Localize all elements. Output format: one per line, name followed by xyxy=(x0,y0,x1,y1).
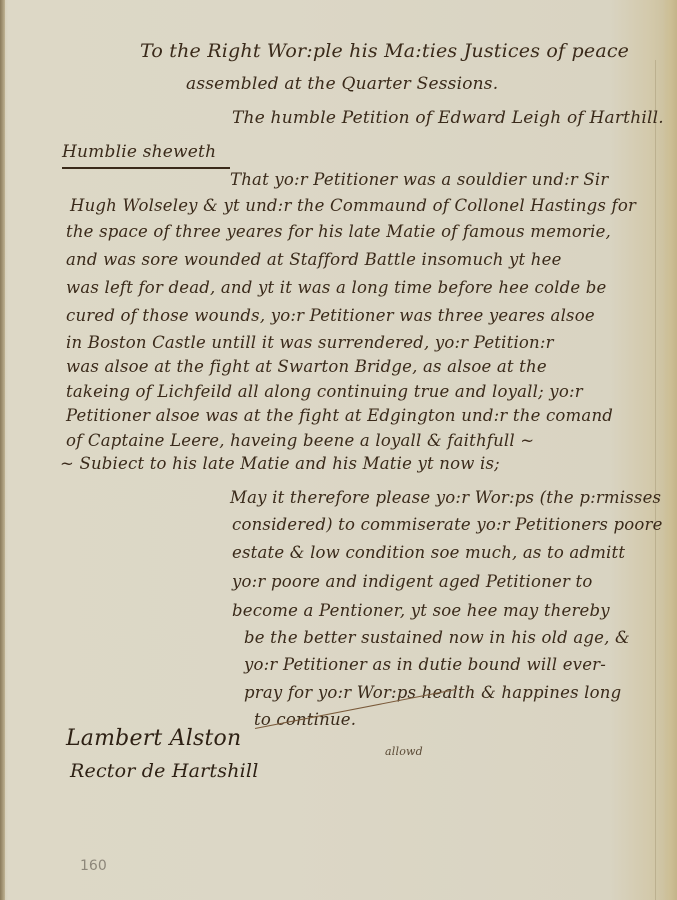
allowed-annotation: allowd xyxy=(385,745,423,758)
prayer-line-1: May it therefore please yo:r Wor:ps (the… xyxy=(230,488,661,507)
body-line-7: in Boston Castle untill it was surrender… xyxy=(66,333,554,352)
body-line-12: ~ Subiect to his late Matie and his Mati… xyxy=(60,454,500,473)
salutation-underline xyxy=(62,167,230,169)
prayer-line-2: considered) to commiserate yo:r Petition… xyxy=(232,515,663,534)
address-line-2: assembled at the Quarter Sessions. xyxy=(186,74,498,94)
page-left-edge xyxy=(0,0,5,900)
salutation: Humblie sheweth xyxy=(62,142,216,162)
body-line-2: Hugh Wolseley & yt und:r the Commaund of… xyxy=(70,196,636,215)
prayer-line-6: be the better sustained now in his old a… xyxy=(244,628,630,647)
address-line-1: To the Right Wor:ple his Ma:ties Justice… xyxy=(140,40,629,62)
prayer-line-7: yo:r Petitioner as in dutie bound will e… xyxy=(244,655,606,674)
prayer-line-3: estate & low condition soe much, as to a… xyxy=(232,543,625,562)
folio-number: 160 xyxy=(80,858,107,874)
body-line-5: was left for dead, and yt it was a long … xyxy=(66,278,607,297)
prayer-line-4: yo:r poore and indigent aged Petitioner … xyxy=(232,572,592,591)
body-line-1: That yo:r Petitioner was a souldier und:… xyxy=(230,170,608,189)
signature-name: Lambert Alston xyxy=(66,726,241,751)
paper-fold-line xyxy=(655,60,656,900)
body-line-11: of Captaine Leere, haveing beene a loyal… xyxy=(66,431,534,450)
body-line-3: the space of three yeares for his late M… xyxy=(66,222,611,241)
body-line-4: and was sore wounded at Stafford Battle … xyxy=(66,250,562,269)
body-line-8: was alsoe at the fight at Swarton Bridge… xyxy=(66,357,547,376)
body-line-9: takeing of Lichfeild all along continuin… xyxy=(66,382,583,401)
prayer-line-5: become a Pentioner, yt soe hee may there… xyxy=(232,601,610,620)
body-line-6: cured of those wounds, yo:r Petitioner w… xyxy=(66,306,595,325)
body-line-10: Petitioner alsoe was at the fight at Edg… xyxy=(66,406,613,425)
signature-title: Rector de Hartshill xyxy=(70,760,258,782)
petition-title: The humble Petition of Edward Leigh of H… xyxy=(232,108,664,128)
page-right-edge xyxy=(663,0,677,900)
manuscript-page: To the Right Wor:ple his Ma:ties Justice… xyxy=(0,0,677,900)
